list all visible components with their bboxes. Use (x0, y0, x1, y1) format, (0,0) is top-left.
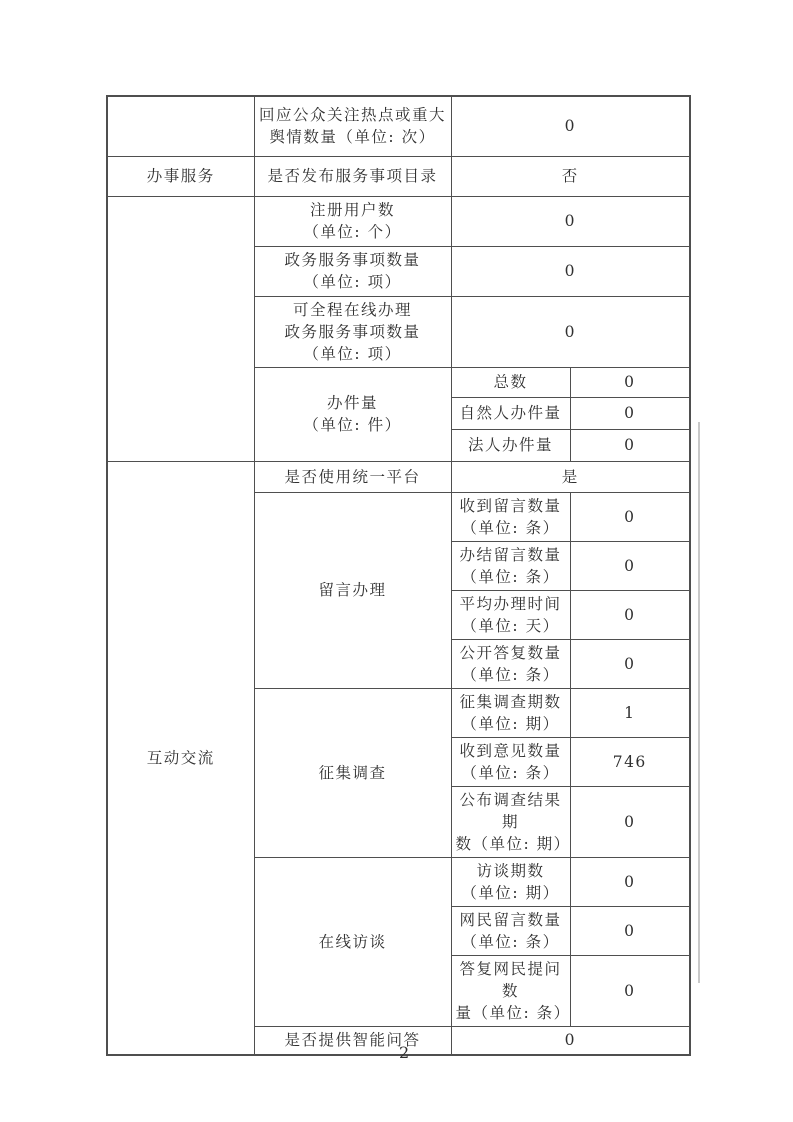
cell-group-interview: 在线访谈 (254, 857, 451, 1026)
cell-label-response-hotspot: 回应公众关注热点或重大 舆情数量（单位: 次） (254, 96, 451, 156)
cell-subvalue-messages-resolved: 0 (570, 541, 690, 590)
cell-subvalue-interview-periods: 0 (570, 857, 690, 906)
cell-sublabel-opinions-received: 收到意见数量 （单位: 条） (451, 737, 570, 786)
cell-label-unified-platform: 是否使用统一平台 (254, 461, 451, 492)
cell-sublabel-netizen-messages: 网民留言数量 （单位: 条） (451, 906, 570, 955)
table-row: 注册用户数 （单位: 个） 0 (107, 196, 690, 246)
cell-category-empty-top (107, 96, 254, 156)
cell-sublabel-questions-answered: 答复网民提问数 量（单位: 条） (451, 955, 570, 1026)
cell-sublabel-survey-results-published: 公布调查结果期 数（单位: 期） (451, 786, 570, 857)
cell-label-service-items: 政务服务事项数量 （单位: 项） (254, 246, 451, 296)
table-row: 互动交流 是否使用统一平台 是 (107, 461, 690, 492)
cell-group-message-handling: 留言办理 (254, 492, 451, 688)
table-row: 回应公众关注热点或重大 舆情数量（单位: 次） 0 (107, 96, 690, 156)
page-number: 2 (399, 1043, 409, 1062)
cell-value-service-items: 0 (451, 246, 690, 296)
cell-subvalue-opinions-received: 746 (570, 737, 690, 786)
cell-subvalue-public-replies: 0 (570, 639, 690, 688)
report-page: 回应公众关注热点或重大 舆情数量（单位: 次） 0 办事服务 是否发布服务事项目… (0, 0, 793, 1122)
cell-subvalue-case-natural-person: 0 (570, 397, 690, 429)
cell-subvalue-netizen-messages: 0 (570, 906, 690, 955)
cell-group-survey: 征集调查 (254, 688, 451, 857)
cell-group-case-volume: 办件量 （单位: 件） (254, 367, 451, 461)
cell-subvalue-survey-results-published: 0 (570, 786, 690, 857)
cell-subvalue-case-total: 0 (570, 367, 690, 397)
cell-sublabel-survey-periods: 征集调查期数 （单位: 期） (451, 688, 570, 737)
cell-sublabel-interview-periods: 访谈期数 （单位: 期） (451, 857, 570, 906)
cell-sublabel-case-natural-person: 自然人办件量 (451, 397, 570, 429)
cell-label-smart-qa: 是否提供智能问答 (254, 1026, 451, 1055)
cell-sublabel-messages-received: 收到留言数量 （单位: 条） (451, 492, 570, 541)
cell-label-registered-users: 注册用户数 （单位: 个） (254, 196, 451, 246)
cell-label-online-service-items: 可全程在线办理 政务服务事项数量 （单位: 项） (254, 296, 451, 367)
cell-value-online-service-items: 0 (451, 296, 690, 367)
cell-sublabel-case-total: 总数 (451, 367, 570, 397)
cell-value-registered-users: 0 (451, 196, 690, 246)
cell-subvalue-case-legal-person: 0 (570, 429, 690, 461)
cell-sublabel-average-handling-time: 平均办理时间 （单位: 天） (451, 590, 570, 639)
cell-category-service: 办事服务 (107, 156, 254, 196)
cell-subvalue-messages-received: 0 (570, 492, 690, 541)
cell-sublabel-public-replies: 公开答复数量 （单位: 条） (451, 639, 570, 688)
cell-value-response-hotspot: 0 (451, 96, 690, 156)
cell-value-service-catalog: 否 (451, 156, 690, 196)
cell-value-unified-platform: 是 (451, 461, 690, 492)
cell-sublabel-case-legal-person: 法人办件量 (451, 429, 570, 461)
scan-artifact-line (698, 422, 700, 983)
annual-report-table: 回应公众关注热点或重大 舆情数量（单位: 次） 0 办事服务 是否发布服务事项目… (106, 95, 691, 1056)
cell-category-interaction: 互动交流 (107, 461, 254, 1055)
cell-subvalue-average-handling-time: 0 (570, 590, 690, 639)
cell-label-service-catalog: 是否发布服务事项目录 (254, 156, 451, 196)
table-row: 办事服务 是否发布服务事项目录 否 (107, 156, 690, 196)
cell-subvalue-questions-answered: 0 (570, 955, 690, 1026)
cell-value-smart-qa: 0 (451, 1026, 690, 1055)
cell-sublabel-messages-resolved: 办结留言数量 （单位: 条） (451, 541, 570, 590)
cell-category-empty-mid (107, 196, 254, 461)
cell-subvalue-survey-periods: 1 (570, 688, 690, 737)
